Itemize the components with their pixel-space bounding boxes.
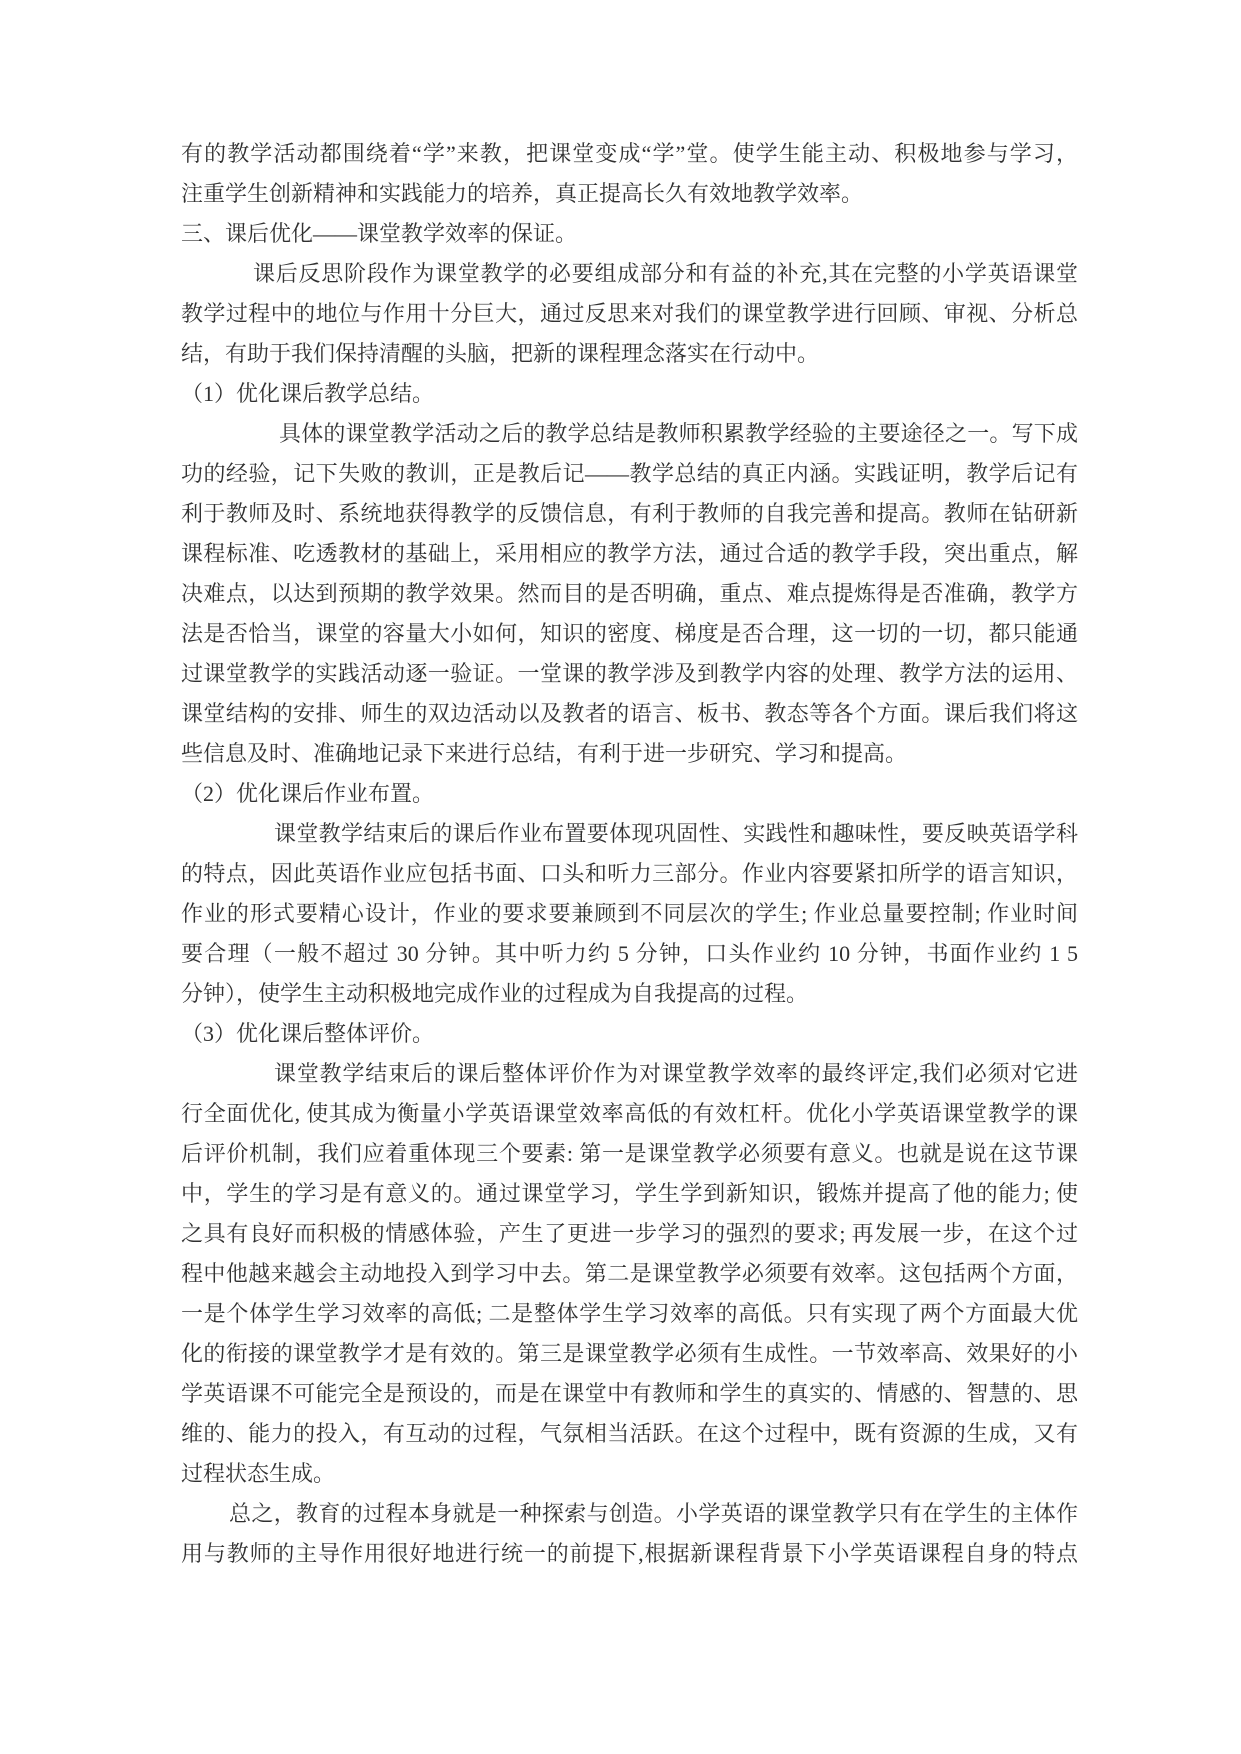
text-line: 分钟），使学生主动积极地完成作业的过程成为自我提高的过程。 bbox=[181, 974, 1078, 1014]
section-heading: 三、课后优化——课堂教学效率的保证。 bbox=[181, 214, 1078, 254]
text-line: 行全面优化, 使其成为衡量小学英语课堂效率高低的有效杠杆。优化小学英语课堂教学的… bbox=[181, 1094, 1078, 1134]
text-line: 有的教学活动都围绕着“学”来教，把课堂变成“学”堂。使学生能主动、积极地参与学习… bbox=[181, 134, 1078, 174]
text-line: 利于教师及时、系统地获得教学的反馈信息，有利于教师的自我完善和提高。教师在钻研新 bbox=[181, 494, 1078, 534]
text-line: 注重学生创新精神和实践能力的培养，真正提高长久有效地教学效率。 bbox=[181, 174, 1078, 214]
subsection-heading: （3）优化课后整体评价。 bbox=[181, 1014, 1078, 1054]
subsection-heading: （2）优化课后作业布置。 bbox=[181, 774, 1078, 814]
text-line: 课堂教学结束后的课后整体评价作为对课堂教学效率的最终评定,我们必须对它进 bbox=[181, 1054, 1078, 1094]
text-line: 课堂教学结束后的课后作业布置要体现巩固性、实践性和趣味性，要反映英语学科 bbox=[181, 814, 1078, 854]
text-line: 作业的形式要精心设计，作业的要求要兼顾到不同层次的学生; 作业总量要控制; 作业… bbox=[181, 894, 1078, 934]
document-text-block: 有的教学活动都围绕着“学”来教，把课堂变成“学”堂。使学生能主动、积极地参与学习… bbox=[181, 134, 1078, 1574]
text-line: 具体的课堂教学活动之后的教学总结是教师积累教学经验的主要途径之一。写下成 bbox=[181, 414, 1078, 454]
text-line: 总之，教育的过程本身就是一种探索与创造。小学英语的课堂教学只有在学生的主体作 bbox=[181, 1494, 1078, 1534]
document-page: 有的教学活动都围绕着“学”来教，把课堂变成“学”堂。使学生能主动、积极地参与学习… bbox=[0, 0, 1241, 1754]
text-line: 化的衔接的课堂教学才是有效的。第三是课堂教学必须有生成性。一节效率高、效果好的小 bbox=[181, 1334, 1078, 1374]
text-line: 一是个体学生学习效率的高低; 二是整体学生学习效率的高低。只有实现了两个方面最大… bbox=[181, 1294, 1078, 1334]
subsection-heading: （1）优化课后教学总结。 bbox=[181, 374, 1078, 414]
text-line: 过课堂教学的实践活动逐一验证。一堂课的教学涉及到教学内容的处理、教学方法的运用、 bbox=[181, 654, 1078, 694]
text-line: 的特点，因此英语作业应包括书面、口头和听力三部分。作业内容要紧扣所学的语言知识， bbox=[181, 854, 1078, 894]
text-line: 程中他越来越会主动地投入到学习中去。第二是课堂教学必须要有效率。这包括两个方面， bbox=[181, 1254, 1078, 1294]
text-line: 功的经验，记下失败的教训，正是教后记——教学总结的真正内涵。实践证明，教学后记有 bbox=[181, 454, 1078, 494]
text-line: 过程状态生成。 bbox=[181, 1454, 1078, 1494]
text-line: 中，学生的学习是有意义的。通过课堂学习，学生学到新知识，锻炼并提高了他的能力; … bbox=[181, 1174, 1078, 1214]
text-line: 要合理（一般不超过 30 分钟。其中听力约 5 分钟，口头作业约 10 分钟，书… bbox=[181, 934, 1078, 974]
text-line: 学英语课不可能完全是预设的，而是在课堂中有教师和学生的真实的、情感的、智慧的、思 bbox=[181, 1374, 1078, 1414]
text-line: 用与教师的主导作用很好地进行统一的前提下,根据新课程背景下小学英语课程自身的特点 bbox=[181, 1534, 1078, 1574]
text-line: 维的、能力的投入，有互动的过程，气氛相当活跃。在这个过程中，既有资源的生成，又有 bbox=[181, 1414, 1078, 1454]
text-line: 决难点，以达到预期的教学效果。然而目的是否明确，重点、难点提炼得是否准确，教学方 bbox=[181, 574, 1078, 614]
text-line: 些信息及时、准确地记录下来进行总结，有利于进一步研究、学习和提高。 bbox=[181, 734, 1078, 774]
text-line: 法是否恰当，课堂的容量大小如何，知识的密度、梯度是否合理，这一切的一切，都只能通 bbox=[181, 614, 1078, 654]
text-line: 课堂结构的安排、师生的双边活动以及教者的语言、板书、教态等各个方面。课后我们将这 bbox=[181, 694, 1078, 734]
text-line: 课后反思阶段作为课堂教学的必要组成部分和有益的补充,其在完整的小学英语课堂 bbox=[181, 254, 1078, 294]
text-line: 结，有助于我们保持清醒的头脑，把新的课程理念落实在行动中。 bbox=[181, 334, 1078, 374]
text-line: 教学过程中的地位与作用十分巨大，通过反思来对我们的课堂教学进行回顾、审视、分析总 bbox=[181, 294, 1078, 334]
text-line: 课程标准、吃透教材的基础上，采用相应的教学方法，通过合适的教学手段，突出重点，解 bbox=[181, 534, 1078, 574]
text-line: 之具有良好而积极的情感体验，产生了更进一步学习的强烈的要求; 再发展一步，在这个… bbox=[181, 1214, 1078, 1254]
text-line: 后评价机制，我们应着重体现三个要素: 第一是课堂教学必须要有意义。也就是说在这节… bbox=[181, 1134, 1078, 1174]
